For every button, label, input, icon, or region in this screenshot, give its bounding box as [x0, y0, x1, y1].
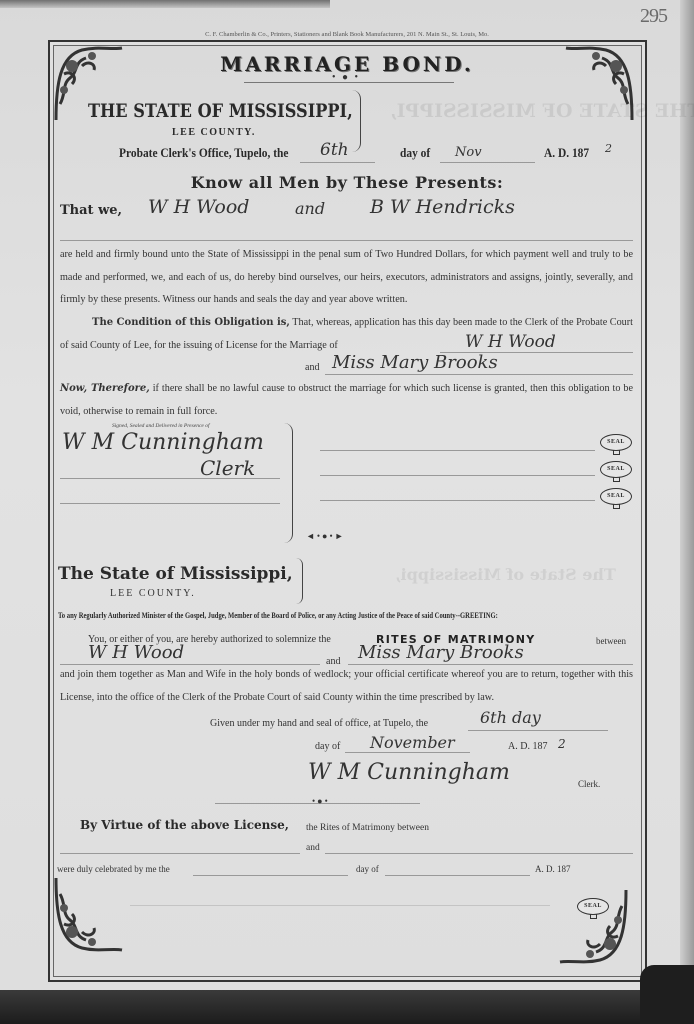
given-year-field[interactable]: 2 — [558, 737, 566, 751]
given-day-field[interactable]: 6th day — [480, 708, 541, 727]
day-of-label: day of — [315, 741, 340, 752]
license-county: LEE COUNTY. — [110, 588, 196, 599]
corner-ornament-icon — [52, 884, 122, 954]
day-of-label: day of — [400, 145, 430, 161]
document-page: 295 C. F. Chamberlin & Co., Printers, St… — [0, 0, 694, 1024]
bond-year-field[interactable]: 2 — [605, 142, 612, 155]
blank-line[interactable] — [60, 853, 300, 854]
given-under-label: Given under my hand and seal of office, … — [210, 718, 428, 729]
blank-line — [440, 162, 535, 163]
bleed-through-text: The State of Mississippi, — [395, 565, 616, 584]
bond-state-heading: THE STATE OF MISSISSIPPI, — [88, 100, 353, 122]
signature-line — [320, 500, 595, 501]
ad-label: A. D. 187 — [535, 864, 571, 874]
ad-label: A. D. 187 — [508, 741, 547, 752]
bond-county: LEE COUNTY. — [172, 127, 256, 138]
clerk-label: Clerk. — [578, 779, 600, 789]
ornament-dots-icon: ◄•●•► — [306, 531, 346, 541]
page-edge — [680, 0, 694, 990]
seal-icon: SEAL — [577, 898, 609, 915]
blank-line — [325, 374, 633, 375]
between-label: between — [596, 636, 626, 646]
brace — [352, 90, 361, 152]
signature-line — [60, 478, 280, 479]
signed-sealed-label: Signed, Sealed and Delivered in Presence… — [112, 423, 210, 429]
and-label: and — [306, 843, 320, 853]
certificate-heading: By Virtue of the above License, — [80, 818, 289, 832]
blank-line[interactable] — [325, 853, 633, 854]
blank-line — [300, 162, 375, 163]
blank-line — [345, 752, 470, 753]
celebrated-label: were duly celebrated by me the — [57, 864, 170, 874]
blank-line[interactable] — [193, 875, 348, 876]
signature-line — [320, 475, 595, 476]
certificate-text: the Rites of Matrimony between — [306, 823, 429, 833]
seal-icon: SEAL — [600, 488, 632, 505]
license-bride-field[interactable]: Miss Mary Brooks — [358, 642, 524, 663]
that-we-label: That we, — [60, 203, 122, 218]
seal-icon: SEAL — [600, 461, 632, 478]
witness-title: Clerk — [200, 456, 255, 480]
blank-line[interactable] — [385, 875, 530, 876]
bond-day-field[interactable]: 6th — [320, 140, 349, 160]
join-text: and join them together as Man and Wife i… — [60, 664, 633, 709]
surety-name-field[interactable]: B W Hendricks — [370, 196, 515, 218]
groom-name-field[interactable]: W H Wood — [465, 332, 556, 352]
ornament-dots-icon: •●• — [312, 796, 330, 806]
book-binding-shadow — [0, 990, 694, 1024]
witness-signature: W M Cunningham — [62, 430, 264, 455]
page-number: 295 — [640, 5, 667, 28]
license-groom-field[interactable]: W H Wood — [88, 642, 184, 663]
ad-label: A. D. 187 — [544, 145, 589, 161]
bride-name-field[interactable]: Miss Mary Brooks — [332, 352, 498, 373]
blank-line — [468, 730, 608, 731]
principal-name-field[interactable]: W H Wood — [148, 196, 249, 218]
brace — [284, 423, 293, 543]
clerk-signature: W M Cunningham — [308, 760, 510, 785]
bond-body-text: are held and firmly bound unto the State… — [60, 244, 633, 312]
now-therefore-heading: Now, Therefore, — [60, 383, 150, 394]
ornament-dots-icon: • ● • — [332, 72, 360, 83]
greeting-address: To any Regularly Authorized Minister of … — [58, 611, 498, 620]
seal-icon: SEAL — [600, 434, 632, 451]
now-therefore-paragraph: Now, Therefore, if there shall be no law… — [60, 378, 633, 423]
bride-and-label: and — [305, 362, 319, 373]
license-state-heading: The State of Mississippi, — [58, 564, 293, 584]
brace — [296, 558, 303, 604]
book-corner-shadow — [640, 965, 694, 1024]
printer-imprint: C. F. Chamberlin & Co., Printers, Statio… — [0, 31, 694, 38]
condition-heading: The Condition of this Obligation is, — [60, 317, 290, 328]
bond-month-field[interactable]: Nov — [455, 145, 482, 160]
signature-line — [60, 503, 280, 504]
signature-line — [320, 450, 595, 451]
and-label: and — [295, 199, 325, 218]
page-shadow — [0, 0, 330, 8]
know-all-heading: Know all Men by These Presents: — [0, 173, 694, 192]
given-month-field[interactable]: November — [370, 733, 455, 752]
signature-line[interactable] — [130, 905, 550, 906]
office-line-label: Probate Clerk's Office, Tupelo, the — [119, 145, 288, 161]
day-of-label: day of — [356, 864, 379, 874]
bleed-through-text: THE STATE OF MISSISSIPPI, — [390, 100, 694, 122]
blank-line — [60, 240, 633, 241]
